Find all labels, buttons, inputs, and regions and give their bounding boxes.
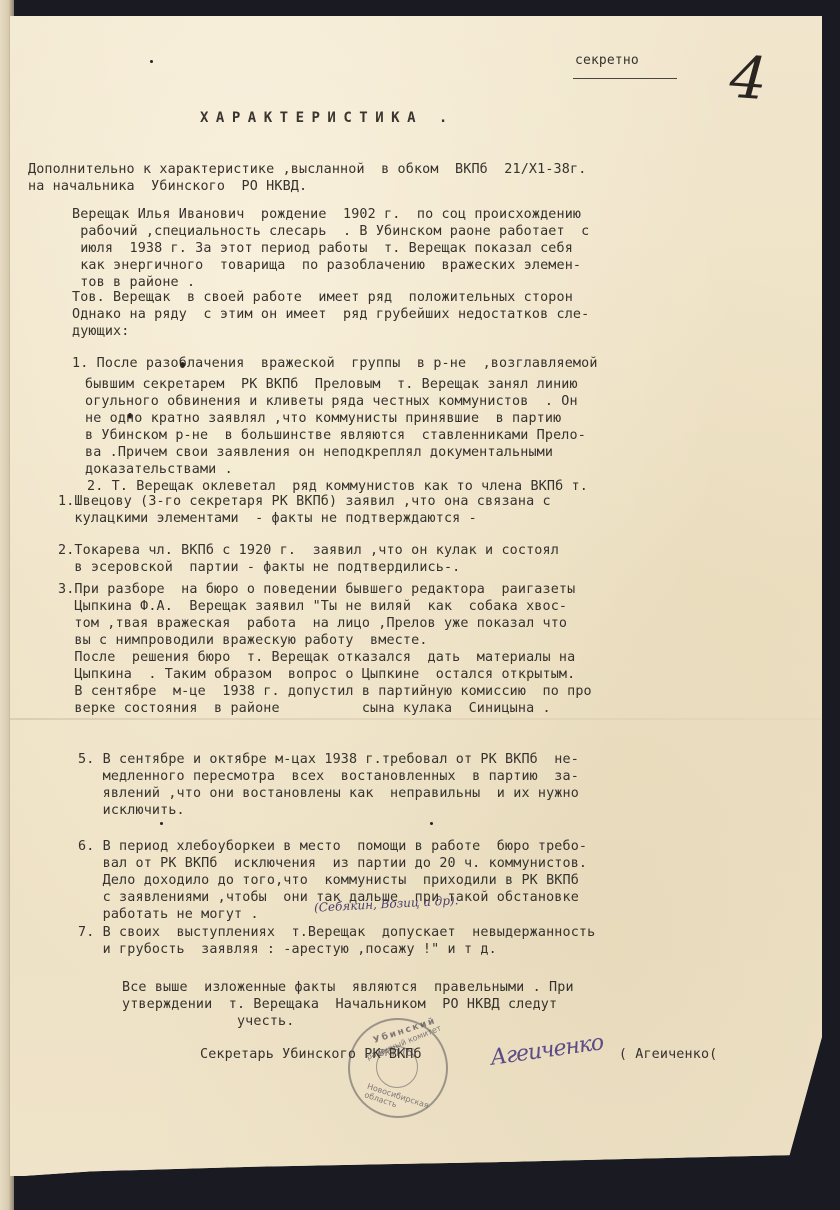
text-line: утверждении т. Верещака Начальником РО Н…	[122, 997, 557, 1012]
item-1-body: бывшим секретарем РК ВКПб Преловым т. Ве…	[85, 376, 586, 478]
text-line: дующих:	[72, 324, 129, 339]
typed-signatory-name: ( Агеиченко(	[619, 1047, 718, 1062]
text-line: учесть.	[122, 1014, 294, 1029]
text-line: Цыпкина . Таким образом вопрос о Цыпкине…	[58, 667, 575, 682]
text-line: доказательствами .	[85, 462, 233, 477]
text-line: ва .Причем свои заявления он неподкрепля…	[85, 445, 553, 460]
text-line: вы с нимпроводили вражескую работу вмест…	[58, 633, 428, 648]
item-7: 7. В своих выступлениях т.Верещак допуск…	[78, 924, 595, 958]
intro-paragraph: Дополнительно к характеристике ,высланно…	[28, 161, 586, 195]
text-line: После решения бюро т. Верещак отказался …	[58, 650, 575, 665]
text-line: 7. В своих выступлениях т.Верещак допуск…	[78, 925, 595, 940]
classification-label: секретно	[575, 52, 639, 69]
text-line: верке состояния в районе сына кулака Син…	[58, 701, 551, 716]
text-line: Цыпкина Ф.А. Верещак заявил "Ты не виляй…	[58, 599, 567, 614]
ink-speck	[430, 822, 433, 825]
text-line: Однако на ряду с этим он имеет ряд грубе…	[72, 307, 589, 322]
text-line: Все выше изложенные факты являются праве…	[122, 980, 574, 995]
text-line: В сентябре м-це 1938 г. допустил в парти…	[58, 684, 592, 699]
signoff-title: Секретарь Убинского РК ВКПб	[200, 1047, 422, 1062]
text-line: Тов. Верещак в своей работе имеет ряд по…	[72, 290, 573, 305]
text-line: кулацкими элементами - факты не подтверж…	[58, 511, 477, 526]
text-line: вал от РК ВКПб исключения из партии до 2…	[78, 856, 587, 871]
text-line: в Убинском р-не в большинстве являются с…	[85, 428, 586, 443]
text-line: как энергичного товарища по разоблачению…	[72, 258, 581, 273]
classification-underline	[573, 78, 677, 80]
text-line: явлений ,что они востановлены как неправ…	[78, 786, 579, 801]
sub-item-3: 3.При разборе на бюро о поведении бывшег…	[58, 581, 592, 717]
ink-speck	[160, 822, 163, 825]
ink-speck	[180, 362, 185, 368]
item-1-heading: 1. После разоблачения вражеской группы в…	[72, 355, 598, 372]
signoff-line: Секретарь Убинского РК ВКПб ( Агеиченко(	[200, 1046, 717, 1063]
party-committee-stamp: Убинский районный комитет ВКП (б) Новоси…	[348, 1018, 448, 1118]
text-line: Верещак Илья Иванович рождение 1902 г. п…	[72, 207, 581, 222]
handwritten-page-number: 4	[728, 43, 770, 113]
text-line: не одно кратно заявлял ,что коммунисты п…	[85, 411, 561, 426]
text-line: медленного пересмотра всех востановленны…	[78, 769, 579, 784]
biography-paragraph: Верещак Илья Иванович рождение 1902 г. п…	[72, 206, 589, 291]
ink-speck	[150, 60, 153, 63]
sub-item-1: 1.Швецову (3-го секретаря РК ВКПб) заяви…	[58, 493, 551, 527]
text-line: огульного обвинения и кливеты ряда честн…	[85, 394, 578, 409]
text-line: 5. В сентябре и октябре м-цах 1938 г.тре…	[78, 752, 579, 767]
assessment-paragraph: Тов. Верещак в своей работе имеет ряд по…	[72, 289, 589, 340]
intro-line: Дополнительно к характеристике ,высланно…	[28, 162, 586, 177]
text-line: Дело доходило до того,что коммунисты при…	[78, 873, 579, 888]
item-5: 5. В сентябре и октябре м-цах 1938 г.тре…	[78, 751, 579, 819]
text-line: рабочий ,специальность слесарь . В Убинс…	[72, 224, 589, 239]
sub-item-2: 2.Токарева чл. ВКПб с 1920 г. заявил ,чт…	[58, 542, 559, 576]
paper-fold-line	[10, 718, 822, 720]
document-title: ХАРАКТЕРИСТИКА .	[200, 110, 455, 127]
ink-speck	[128, 413, 132, 418]
text-line: 3.При разборе на бюро о поведении бывшег…	[58, 582, 575, 597]
text-line: 6. В период хлебоуборкеи в место помощи …	[78, 839, 587, 854]
handwritten-signature: Агеиченко	[489, 1030, 605, 1071]
text-line: и грубость заявляя : -арестую ,посажу !"…	[78, 942, 497, 957]
text-line: бывшим секретарем РК ВКПб Преловым т. Ве…	[85, 377, 578, 392]
closing-paragraph: Все выше изложенные факты являются праве…	[122, 979, 574, 1030]
text-line: в эсеровской партии - факты не подтверди…	[58, 560, 460, 575]
text-line: тов в районе .	[72, 275, 195, 290]
intro-line: на начальника Убинского РО НКВД.	[28, 179, 307, 194]
document-page: секретно 4 ХАРАКТЕРИСТИКА . Дополнительн…	[10, 16, 822, 1176]
text-line: июля 1938 г. За этот период работы т. Ве…	[72, 241, 573, 256]
text-line: 1.Швецову (3-го секретаря РК ВКПб) заяви…	[58, 494, 551, 509]
text-line: работать не могут .	[78, 907, 259, 922]
stamp-bottom-text: Новосибирская область	[363, 1082, 447, 1124]
text-line: исключить.	[78, 803, 185, 818]
text-line: том ,твая вражеская работа на лицо ,Прел…	[58, 616, 567, 631]
text-line: 2.Токарева чл. ВКПб с 1920 г. заявил ,чт…	[58, 543, 559, 558]
